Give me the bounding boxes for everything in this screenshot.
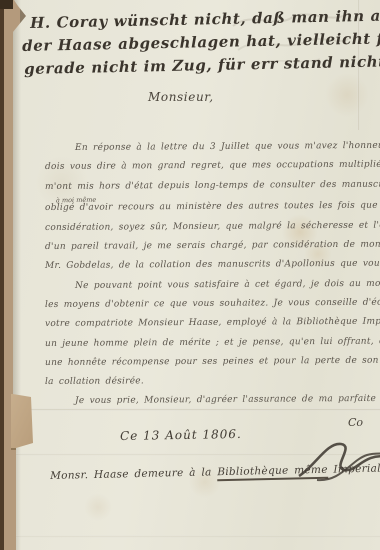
fold-crease-horizontal: [0, 535, 380, 538]
closing-line: Je vous prie, Monsieur, d'agréer l'assur…: [75, 394, 380, 406]
body-line: la collation désirée.: [45, 376, 144, 387]
body-line: Ne pouvant point vous satisfaire à cet é…: [75, 278, 380, 291]
salutation: Monsieur,: [148, 90, 214, 104]
fold-crease-horizontal: [0, 408, 380, 411]
annotation-line: gerade nicht im Zug, für err stand nicht…: [24, 52, 380, 78]
body-line: d'un pareil travail, je me serais chargé…: [45, 239, 380, 252]
letter-scan: H. Coray wünscht nicht, daß man ihn aib …: [0, 0, 380, 550]
date-line: Ce 13 Août 1806.: [120, 427, 242, 443]
body-line: votre compatriote Monsieur Haase, employ…: [45, 317, 380, 329]
body-line: les moyens d'obtenir ce que vous souhait…: [45, 297, 380, 310]
postscript-suffix: Impériale, rue: [328, 462, 380, 476]
backing-corner-shadow: [0, 0, 13, 9]
body-line: considération, soyez sûr, Monsieur, que …: [45, 220, 380, 233]
body-line: dois vous dire à mon grand regret, que m…: [45, 159, 380, 172]
body-line: En réponse à la lettre du 3 Juillet que …: [75, 141, 380, 153]
body-line: obligé d'avoir recours au ministère des …: [45, 200, 380, 213]
body-line: une honnête récompense pour ses peines e…: [45, 355, 380, 368]
body-line: m'ont mis hors d'état depuis long-temps …: [45, 179, 380, 192]
letter-page: H. Coray wünscht nicht, daß man ihn aib …: [0, 0, 380, 550]
backing-board-edge: [0, 0, 4, 550]
postscript-underlined-segment: Bibliothèque même: [217, 464, 328, 482]
body-line: Mr. Gobdelas, de la collation des manusc…: [45, 258, 380, 271]
postscript-prefix: Monsr. Haase demeure à la: [50, 466, 217, 482]
body-line: un jeune homme plein de mérite ; et je p…: [45, 336, 380, 349]
backing-corner-patch: [11, 394, 34, 450]
